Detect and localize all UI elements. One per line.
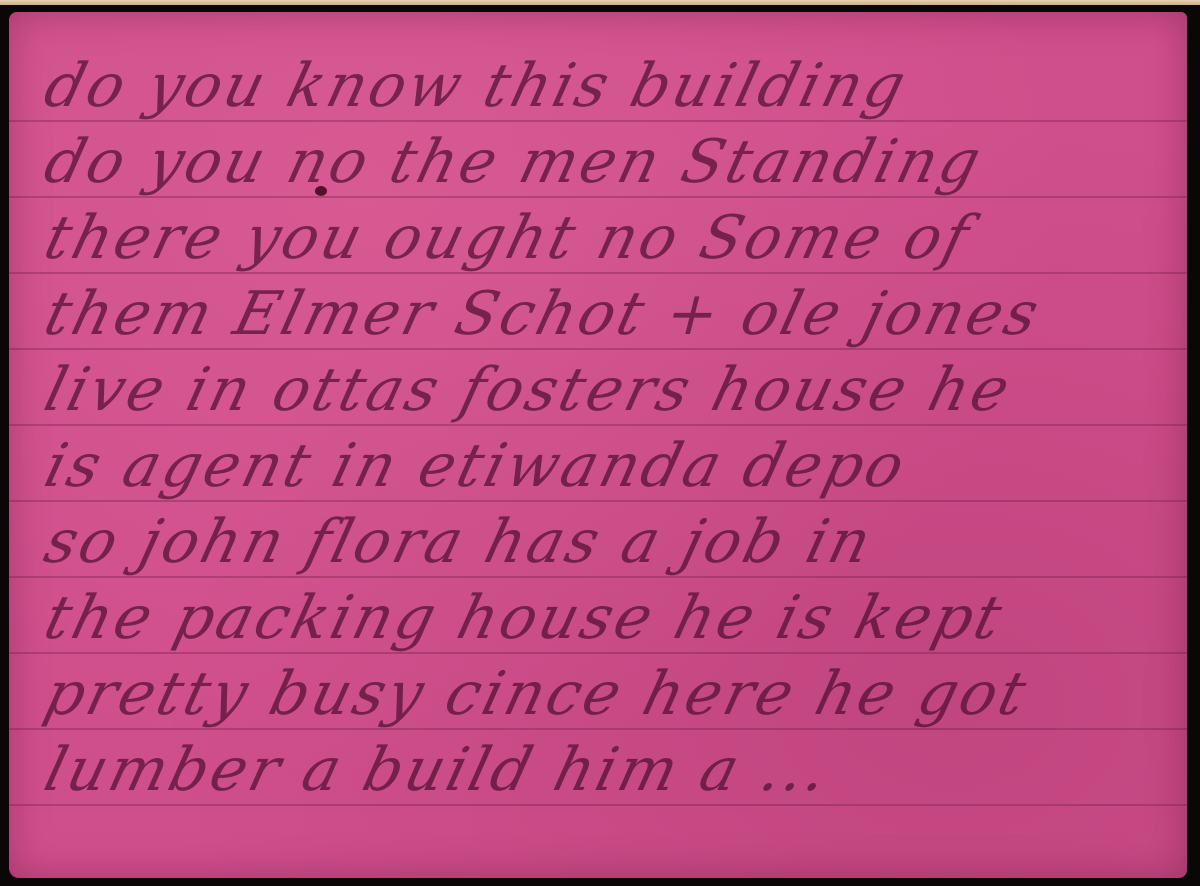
handwriting-line: so john flora has a job in xyxy=(39,512,879,572)
ruled-line-5: live in ottas fosters house he xyxy=(9,350,1187,426)
handwriting-line: live in ottas fosters house he xyxy=(39,360,1018,420)
handwriting-line: pretty busy cince here he got xyxy=(39,664,1034,724)
postcard: do you know this building do you no the … xyxy=(9,12,1187,878)
ruled-line-7: so john flora has a job in xyxy=(9,502,1187,578)
handwriting-line: there you ought no Some of xyxy=(39,208,977,268)
photo-frame: do you know this building do you no the … xyxy=(0,0,1200,886)
ruled-line-8: the packing house he is kept xyxy=(9,578,1187,654)
handwriting-line: them Elmer Schot + ole jones xyxy=(39,284,1047,344)
ruled-line-4: them Elmer Schot + ole jones xyxy=(9,274,1187,350)
ruled-line-3: there you ought no Some of xyxy=(9,198,1187,274)
handwriting-line: do you know this building xyxy=(39,56,914,116)
ruled-line-2: do you no the men Standing xyxy=(9,122,1187,198)
ruled-line-1: do you know this building xyxy=(9,46,1187,122)
handwriting-line: lumber a build him a ... xyxy=(39,740,836,800)
ruled-line-6: is agent in etiwanda depo xyxy=(9,426,1187,502)
ruled-line-10: lumber a build him a ... xyxy=(9,730,1187,806)
ink-smudge xyxy=(315,186,327,196)
top-edge-strip xyxy=(0,0,1200,5)
handwriting-line: is agent in etiwanda depo xyxy=(39,436,913,496)
ruled-line-9: pretty busy cince here he got xyxy=(9,654,1187,730)
handwriting-line: do you no the men Standing xyxy=(39,132,989,192)
handwriting-line: the packing house he is kept xyxy=(39,588,1010,648)
